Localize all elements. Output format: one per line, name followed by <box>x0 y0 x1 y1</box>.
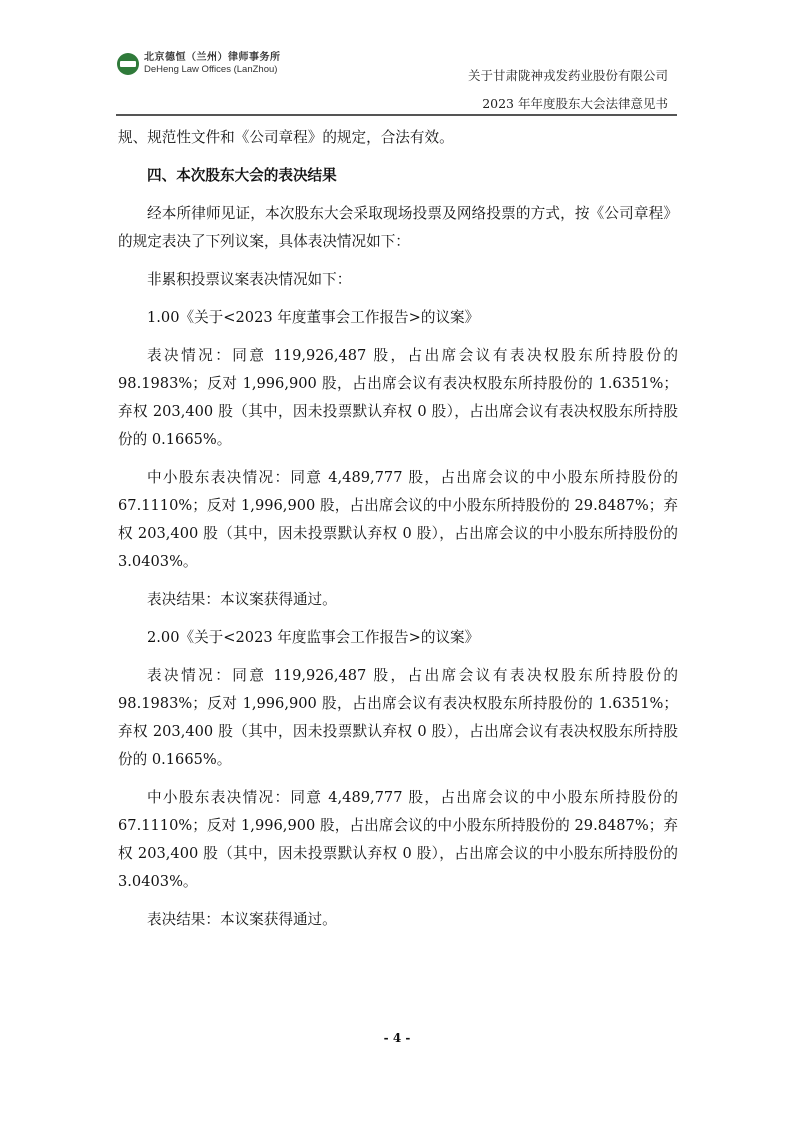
proposal-title: 1.00《关于<2023 年度董事会工作报告>的议案》 <box>118 304 678 332</box>
proposal-vote: 表决情况：同意 119,926,487 股，占出席会议有表决权股东所持股份的 9… <box>118 342 678 454</box>
header-company-title: 关于甘肃陇神戎发药业股份有限公司 <box>468 66 668 84</box>
section-title: 四、本次股东大会的表决结果 <box>118 162 678 190</box>
firm-emblem-icon <box>117 53 139 75</box>
paragraph-continuation: 规、规范性文件和《公司章程》的规定，合法有效。 <box>118 124 678 152</box>
document-body: 规、规范性文件和《公司章程》的规定，合法有效。 四、本次股东大会的表决结果 经本… <box>118 124 678 934</box>
paragraph-intro: 经本所律师见证，本次股东大会采取现场投票及网络投票的方式，按《公司章程》的规定表… <box>118 200 678 256</box>
proposal-minor-vote: 中小股东表决情况：同意 4,489,777 股，占出席会议的中小股东所持股份的 … <box>118 784 678 896</box>
header-divider <box>116 114 677 116</box>
proposal-minor-vote: 中小股东表决情况：同意 4,489,777 股，占出席会议的中小股东所持股份的 … <box>118 464 678 576</box>
header-document-title: 2023 年年度股东大会法律意见书 <box>482 94 668 112</box>
proposal-result: 表决结果：本议案获得通过。 <box>118 586 678 614</box>
firm-logo: 北京德恒（兰州）律师事务所 DeHeng Law Offices (LanZho… <box>117 52 281 76</box>
firm-name-en: DeHeng Law Offices (LanZhou) <box>144 64 281 76</box>
page-header: 北京德恒（兰州）律师事务所 DeHeng Law Offices (LanZho… <box>0 0 794 118</box>
proposal-vote: 表决情况：同意 119,926,487 股，占出席会议有表决权股东所持股份的 9… <box>118 662 678 774</box>
paragraph-non-cumulative: 非累积投票议案表决情况如下： <box>118 266 678 294</box>
proposal-title: 2.00《关于<2023 年度监事会工作报告>的议案》 <box>118 624 678 652</box>
firm-name-cn: 北京德恒（兰州）律师事务所 <box>144 52 281 64</box>
proposal-result: 表决结果：本议案获得通过。 <box>118 906 678 934</box>
page-number: - 4 - <box>0 1031 794 1045</box>
